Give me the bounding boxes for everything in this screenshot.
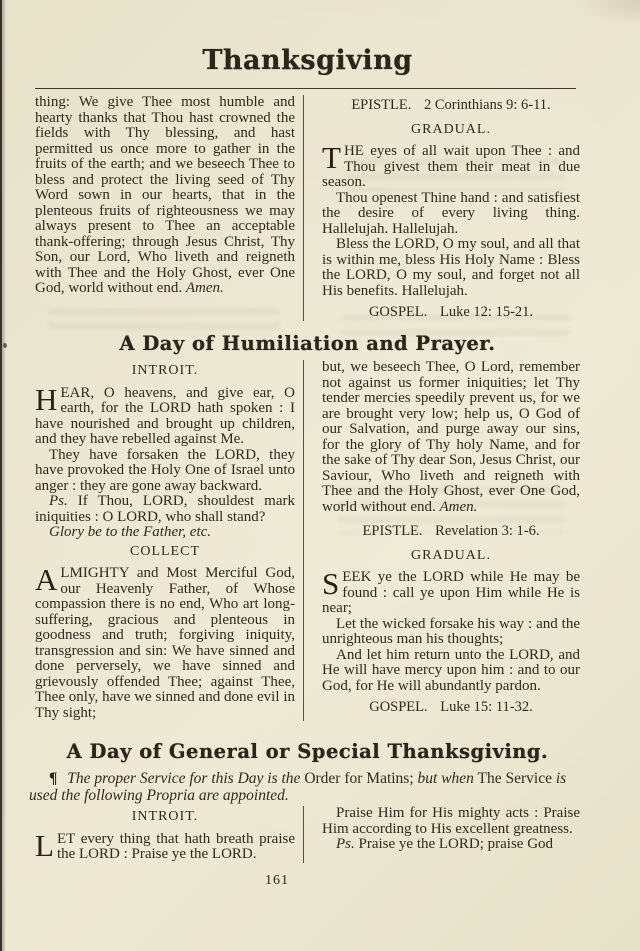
collect-heading: COLLECT (35, 544, 295, 560)
gospel-reference: Luke 15: 11-32. (440, 699, 533, 715)
epistle-reference-line: EPISTLE. Revelation 3: 1-6. (322, 524, 580, 540)
right-column: but, we beseech Thee, O Lord, remember n… (304, 360, 580, 721)
section-thanksgiving-propers: thing: We give Thee most humble and hear… (35, 95, 580, 321)
gradual-paragraph: Thou openest Thine hand : and satisfiest… (322, 191, 580, 238)
psalm-text: If Thou, LORD, shouldest mark iniquities… (35, 493, 295, 525)
rubric-text: but when (418, 770, 474, 787)
epistle-label: EPISTLE. (363, 523, 423, 539)
collect-continuation-paragraph: thing: We give Thee most humble and hear… (35, 95, 295, 297)
amen-text: Amen. (186, 280, 224, 296)
gospel-label: GOSPEL. (369, 304, 427, 320)
gradual-paragraph: T HE eyes of all wait upon Thee : and Th… (322, 144, 580, 191)
page-content: Thanksgiving thing: We give Thee most hu… (35, 0, 580, 951)
drop-cap-initial: T (322, 144, 344, 171)
gospel-reference-line: GOSPEL. Luke 15: 11-32. (322, 700, 580, 716)
page-number: 161 (247, 873, 307, 889)
gradual-heading: GRADUAL. (322, 122, 580, 138)
rubric-text: The Service (478, 770, 552, 787)
psalm-verse-line: Ps. Praise ye the LORD; praise God (322, 837, 580, 853)
introit-heading: INTROIT. (35, 809, 295, 825)
header-rule (35, 88, 576, 89)
gradual-paragraph: Bless the LORD, O my soul, and all that … (322, 237, 580, 299)
psalm-text: Praise ye the LORD; praise God (359, 836, 554, 852)
section-general-thanksgiving: INTROIT. L ET every thing that hath brea… (35, 806, 580, 863)
gradual-paragraph: S EEK ye the LORD while He may be found … (322, 570, 580, 617)
introit-text: ET every thing that hath breath praise t… (57, 831, 295, 863)
section-humiliation: INTROIT. H EAR, O heavens, and give ear,… (35, 360, 580, 721)
introit-paragraph: They have forsaken the LORD, they have p… (35, 448, 295, 495)
right-column: Praise Him for His mighty acts : Praise … (304, 806, 580, 863)
drop-cap-initial: S (322, 570, 342, 597)
scanned-book-page: { "theme": { "paper": "#ebe6d0", "ink": … (0, 0, 640, 951)
gradual-text: EEK ye the LORD while He may be found : … (322, 569, 580, 616)
collect-text: but, we beseech Thee, O Lord, remember n… (322, 359, 580, 515)
psalm-label: Ps. (336, 836, 355, 852)
amen-text: Amen. (440, 499, 478, 515)
psalm-verse-line: Ps. If Thou, LORD, shouldest mark iniqui… (35, 494, 295, 525)
epistle-reference-line: EPISTLE. 2 Corinthians 9: 6-11. (322, 98, 580, 114)
introit-heading: INTROIT. (35, 363, 295, 379)
drop-cap-initial: A (35, 566, 60, 593)
pilcrow-mark: ¶ (49, 770, 57, 787)
gradual-paragraph: Let the wicked forsake his way : and the… (322, 617, 580, 648)
introit-paragraph: L ET every thing that hath breath praise… (35, 832, 295, 863)
collect-continuation-paragraph: but, we beseech Thee, O Lord, remember n… (322, 360, 580, 515)
epistle-reference: Revelation 3: 1-6. (435, 523, 539, 539)
introit-paragraph: Praise Him for His mighty acts : Praise … (322, 806, 580, 837)
collect-paragraph: A LMIGHTY and Most Merciful God, our Hea… (35, 566, 295, 721)
drop-cap-initial: L (35, 832, 57, 859)
right-column: EPISTLE. 2 Corinthians 9: 6-11. GRADUAL.… (304, 95, 580, 321)
gradual-heading: GRADUAL. (322, 548, 580, 564)
gospel-reference: Luke 12: 15-21. (440, 304, 533, 320)
prayer-text: thing: We give Thee most humble and hear… (35, 94, 295, 296)
epistle-label: EPISTLE. (351, 97, 411, 113)
section-heading-humiliation: A Day of Humiliation and Prayer. (35, 333, 580, 355)
gospel-label: GOSPEL. (369, 699, 427, 715)
gradual-paragraph: And let him return unto the LORD, and He… (322, 648, 580, 695)
gospel-reference-line: GOSPEL. Luke 12: 15-21. (322, 305, 580, 321)
epistle-reference: 2 Corinthians 9: 6-11. (424, 97, 551, 113)
psalm-label: Ps. (49, 493, 68, 509)
left-column: thing: We give Thee most humble and hear… (35, 95, 295, 321)
introit-paragraph: H EAR, O heavens, and give ear, O earth,… (35, 386, 295, 448)
scan-binding-edge (0, 0, 6, 951)
section-heading-general-thanksgiving: A Day of General or Special Thanksgiving… (35, 741, 580, 763)
page-title: Thanksgiving (35, 46, 580, 76)
rubric-text: Order for Matins; (304, 770, 413, 787)
gradual-text: HE eyes of all wait upon Thee : and Thou… (322, 143, 580, 190)
rubric-text: The proper Service for this Day is the (67, 770, 300, 787)
rubric: ¶ The proper Service for this Day is the… (29, 771, 580, 804)
gloria-patri-line: Glory be to the Father, etc. (35, 525, 295, 541)
left-column: INTROIT. H EAR, O heavens, and give ear,… (35, 360, 295, 721)
drop-cap-initial: H (35, 386, 60, 413)
collect-text: LMIGHTY and Most Merciful God, our Heave… (35, 565, 295, 721)
left-column: INTROIT. L ET every thing that hath brea… (35, 806, 295, 863)
introit-text: EAR, O heavens, and give ear, O earth, f… (35, 385, 295, 448)
ink-speck (3, 343, 7, 348)
